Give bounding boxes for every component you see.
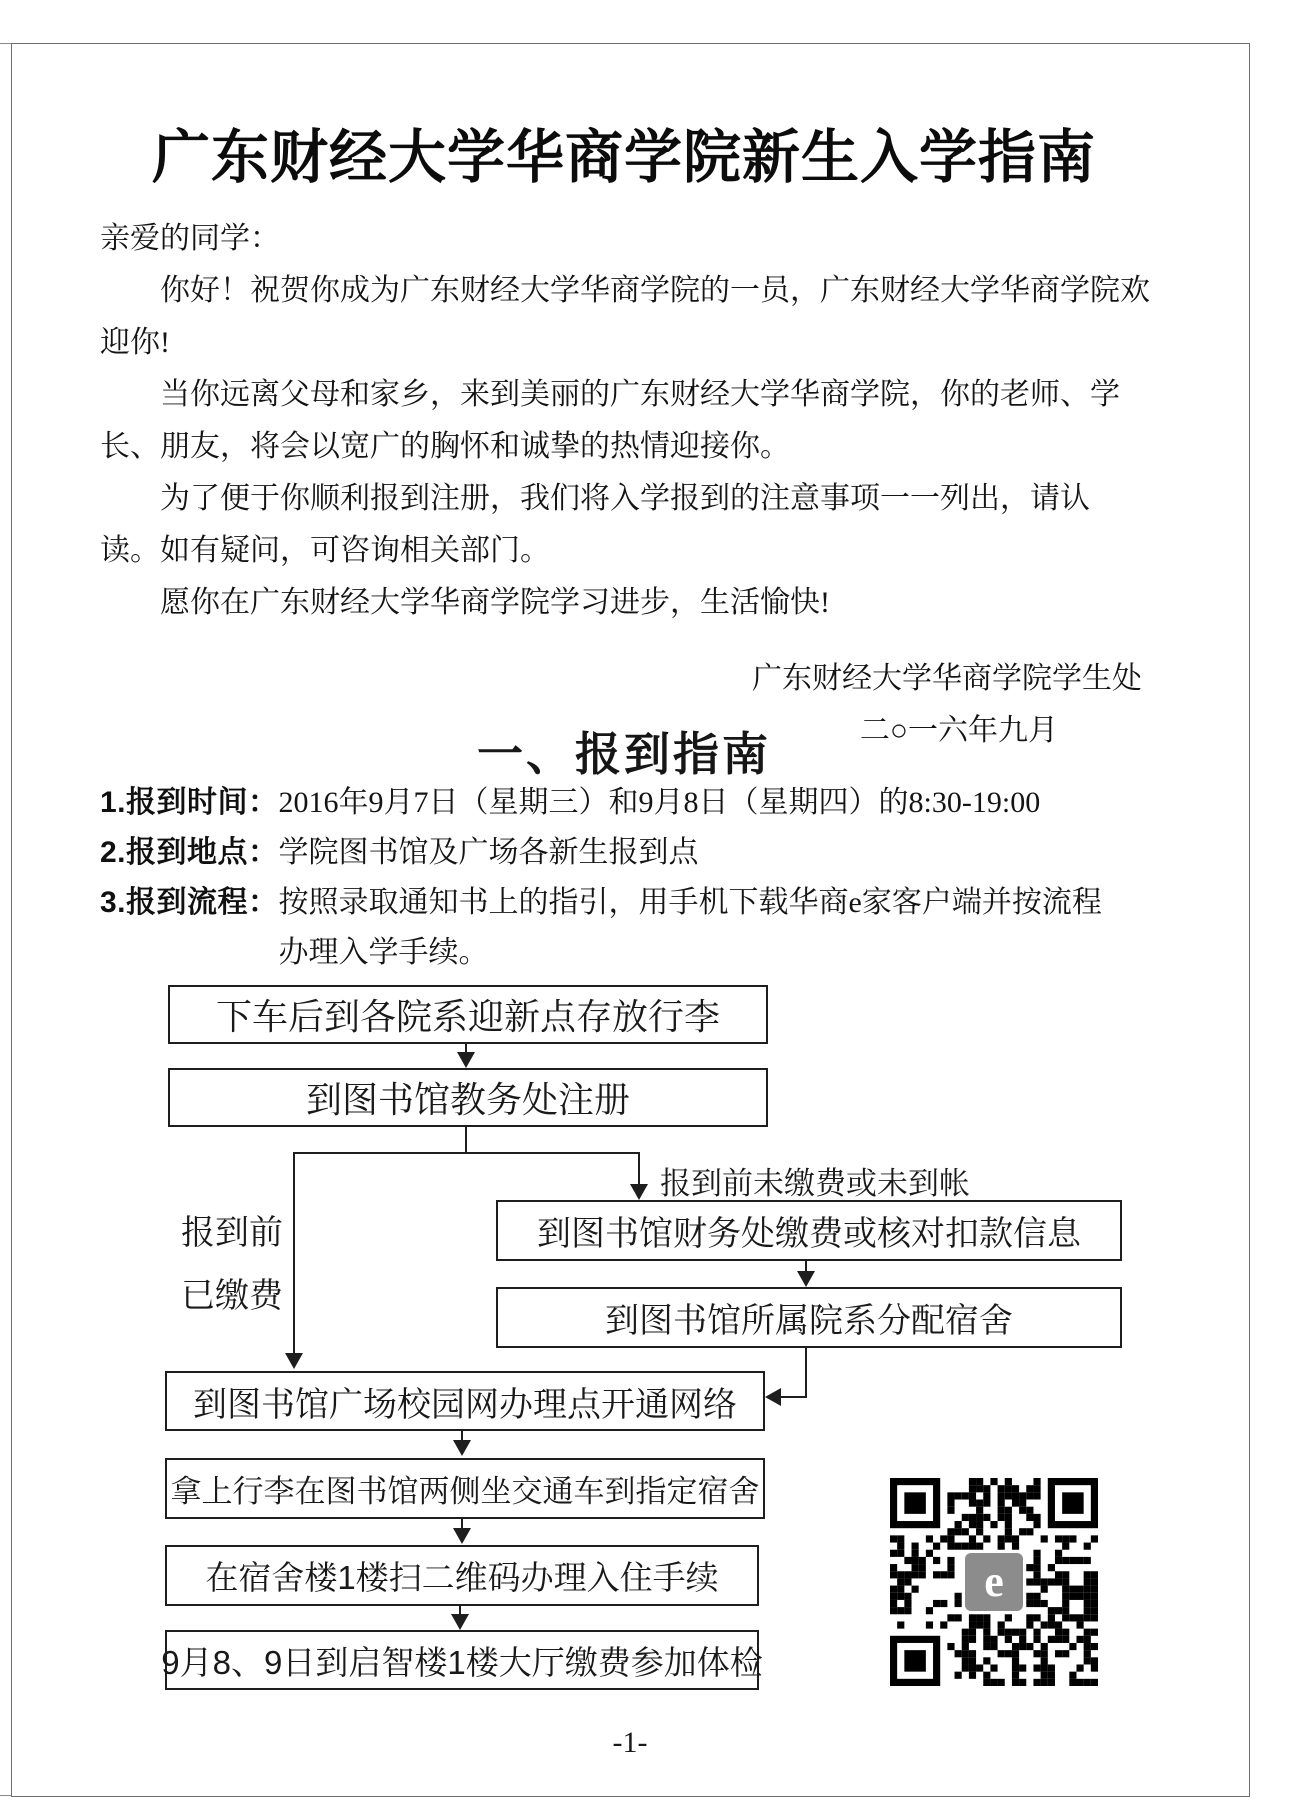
arrow-down-icon bbox=[453, 1440, 471, 1456]
letter-line: 长、朋友，将会以宽广的胸怀和诚挚的热情迎接你。 bbox=[100, 421, 1148, 473]
qr-code: e bbox=[890, 1478, 1098, 1686]
flow-step-luggage: 下车后到各院系迎新点存放行李 bbox=[168, 985, 768, 1044]
page-edge-top-left bbox=[0, 43, 11, 44]
branch-label-paid-line2: 已缴费 bbox=[168, 1268, 296, 1317]
flow-connector bbox=[465, 1125, 467, 1153]
item-label: 2.报到地点： bbox=[100, 828, 279, 878]
welcome-letter: 亲爱的同学： 你好！祝贺你成为广东财经大学华商学院的一员，广东财经大学华商学院欢… bbox=[100, 213, 1148, 757]
scanned-document-page: { "page": { "title": "广东财经大学华商学院新生入学指南",… bbox=[0, 0, 1296, 1802]
letter-line: 为了便于你顺利报到注册，我们将入学报到的注意事项一一列出，请认 bbox=[100, 473, 1148, 525]
arrow-down-icon bbox=[457, 1052, 475, 1068]
letter-line: 你好！祝贺你成为广东财经大学华商学院的一员，广东财经大学华商学院欢 bbox=[100, 265, 1148, 317]
letter-line: 迎你! bbox=[100, 317, 1148, 369]
arrow-down-icon bbox=[451, 1614, 469, 1630]
flow-step-checkin: 在宿舍楼1楼扫二维码办理入住手续 bbox=[165, 1545, 759, 1606]
flow-step-register: 到图书馆教务处注册 bbox=[168, 1068, 768, 1127]
registration-items: 1.报到时间： 2016年9月7日（星期三）和9月8日（星期四）的8:30-19… bbox=[100, 778, 1160, 978]
letter-line: 当你远离父母和家乡，来到美丽的广东财经大学华商学院，你的老师、学 bbox=[100, 369, 1148, 421]
arrow-down-icon bbox=[285, 1353, 303, 1369]
item-report-time: 1.报到时间： 2016年9月7日（星期三）和9月8日（星期四）的8:30-19… bbox=[100, 778, 1160, 828]
page-title: 广东财经大学华商学院新生入学指南 bbox=[100, 110, 1148, 194]
item-report-procedure: 3.报到流程： 按照录取通知书上的指引，用手机下载华商e家客户端并按流程 办理入… bbox=[100, 878, 1160, 978]
section-heading-registration-guide: 一、报到指南 bbox=[100, 718, 1148, 784]
flow-connector bbox=[638, 1152, 640, 1184]
letter-signature: 广东财经大学华商学院学生处 bbox=[100, 653, 1148, 705]
flow-step-assign-dorm: 到图书馆所属院系分配宿舍 bbox=[496, 1287, 1122, 1348]
item-value: 2016年9月7日（星期三）和9月8日（星期四）的8:30-19:00 bbox=[279, 778, 1041, 828]
branch-label-paid-line1: 报到前 bbox=[168, 1205, 296, 1254]
page-number: -1- bbox=[0, 1726, 1260, 1760]
flow-step-shuttle: 拿上行李在图书馆两侧坐交通车到指定宿舍 bbox=[165, 1458, 765, 1519]
letter-salutation: 亲爱的同学： bbox=[100, 213, 1148, 265]
arrow-left-icon bbox=[765, 1388, 781, 1406]
item-value-line: 按照录取通知书上的指引，用手机下载华商e家客户端并按流程 bbox=[279, 878, 1102, 928]
letter-line: 愿你在广东财经大学华商学院学习进步，生活愉快! bbox=[100, 577, 1148, 629]
arrow-down-icon bbox=[630, 1184, 648, 1200]
arrow-down-icon bbox=[797, 1271, 815, 1287]
flow-step-pay-fees: 到图书馆财务处缴费或核对扣款信息 bbox=[496, 1200, 1122, 1261]
item-value-line: 办理入学手续。 bbox=[279, 928, 1102, 978]
flow-connector bbox=[805, 1346, 807, 1398]
item-value: 学院图书馆及广场各新生报到点 bbox=[279, 828, 699, 878]
arrow-down-icon bbox=[453, 1528, 471, 1544]
qr-center-logo-icon: e bbox=[965, 1553, 1023, 1611]
item-label: 1.报到时间： bbox=[100, 778, 279, 828]
item-label: 3.报到流程： bbox=[100, 878, 279, 928]
flow-step-medical-exam: 9月8、9日到启智楼1楼大厅缴费参加体检 bbox=[165, 1630, 759, 1690]
flow-connector bbox=[293, 1152, 640, 1154]
flow-connector bbox=[781, 1396, 807, 1398]
item-report-place: 2.报到地点： 学院图书馆及广场各新生报到点 bbox=[100, 828, 1160, 878]
item-value: 按照录取通知书上的指引，用手机下载华商e家客户端并按流程 办理入学手续。 bbox=[279, 878, 1102, 978]
flow-step-network: 到图书馆广场校园网办理点开通网络 bbox=[165, 1371, 765, 1431]
branch-label-unpaid: 报到前未缴费或未到帐 bbox=[660, 1158, 970, 1203]
letter-line: 读。如有疑问，可咨询相关部门。 bbox=[100, 525, 1148, 577]
page-edge-bottom-left bbox=[0, 1795, 11, 1796]
